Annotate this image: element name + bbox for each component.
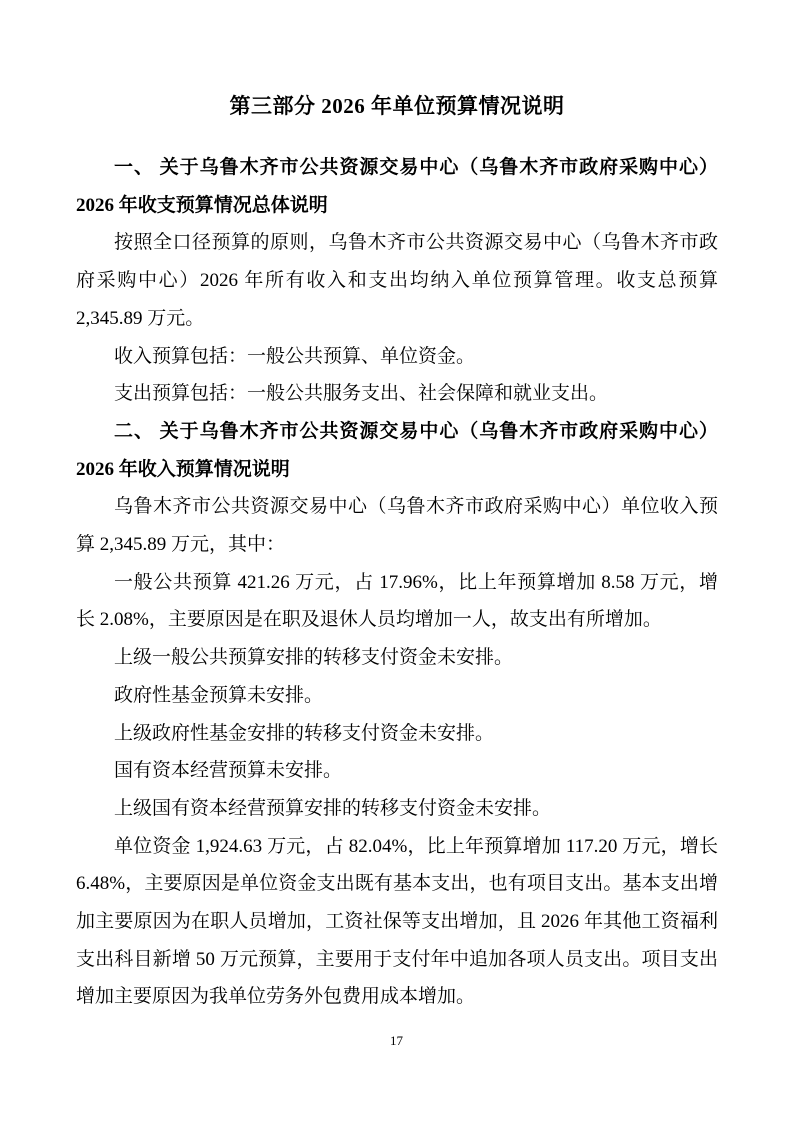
section-2-paragraph-1: 乌鲁木齐市公共资源交易中心（乌鲁木齐市政府采购中心）单位收入预算 2,345.8… [76,488,718,563]
section-2-paragraph-7: 上级国有资本经营预算安排的转移支付资金未安排。 [76,790,718,828]
page-number: 17 [0,1033,793,1049]
document-page: 第三部分 2026 年单位预算情况说明 一、 关于乌鲁木齐市公共资源交易中心（乌… [0,0,793,1122]
section-2-paragraph-4: 政府性基金预算未安排。 [76,677,718,715]
section-2-paragraph-5: 上级政府性基金安排的转移支付资金未安排。 [76,715,718,753]
section-1-heading: 一、 关于乌鲁木齐市公共资源交易中心（乌鲁木齐市政府采购中心）2026 年收支预… [76,149,718,224]
section-1-paragraph-1: 按照全口径预算的原则，乌鲁木齐市公共资源交易中心（乌鲁木齐市政府采购中心）202… [76,224,718,337]
document-content: 第三部分 2026 年单位预算情况说明 一、 关于乌鲁木齐市公共资源交易中心（乌… [76,87,718,1016]
section-2-paragraph-3: 上级一般公共预算安排的转移支付资金未安排。 [76,639,718,677]
section-2-paragraph-6: 国有资本经营预算未安排。 [76,752,718,790]
section-2-paragraph-2: 一般公共预算 421.26 万元，占 17.96%，比上年预算增加 8.58 万… [76,564,718,639]
section-2-paragraph-8: 单位资金 1,924.63 万元，占 82.04%，比上年预算增加 117.20… [76,828,718,1017]
section-2-heading: 二、 关于乌鲁木齐市公共资源交易中心（乌鲁木齐市政府采购中心）2026 年收入预… [76,413,718,488]
section-1-paragraph-3: 支出预算包括：一般公共服务支出、社会保障和就业支出。 [76,375,718,413]
section-1-paragraph-2: 收入预算包括：一般公共预算、单位资金。 [76,338,718,376]
document-title: 第三部分 2026 年单位预算情况说明 [76,87,718,125]
